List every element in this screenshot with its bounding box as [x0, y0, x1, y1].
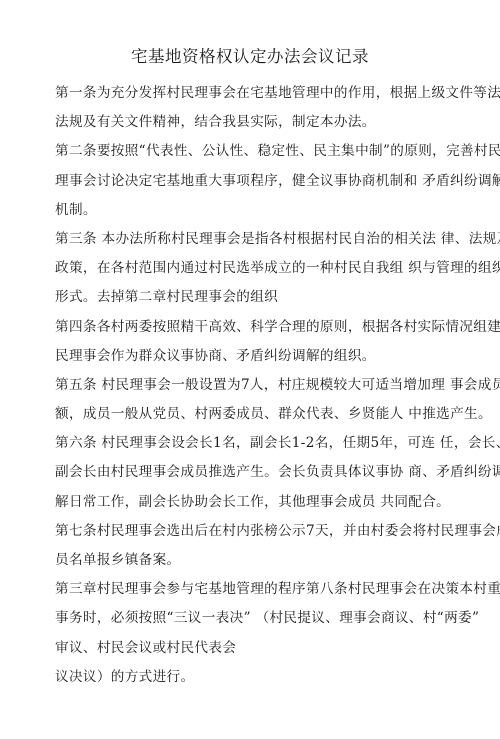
text-line: 第五条 村民理事会一般设置为7人，村庄规模较大可适当增加理 事会成员名 [55, 371, 450, 400]
document-title: 宅基地资格权认定办法会议记录 [0, 47, 500, 67]
text-line: 第六条 村民理事会设会长1名，副会长1-2名，任期5年，可连 任，会长、 [55, 429, 450, 458]
text-line: 法规及有关文件精神，结合我县实际，制定本办法。 [55, 108, 450, 137]
text-line: 额，成员一般从党员、村两委成员、群众代表、乡贤能人 中推选产生。 [55, 400, 450, 429]
text-line: 政策，在各村范围内通过村民选举成立的一种村民自我组 织与管理的组织 [55, 254, 450, 283]
text-line: 解日常工作，副会长协助会长工作，其他理事会成员 共同配合。 [55, 488, 450, 517]
text-line: 议决议）的方式进行。 [55, 663, 450, 692]
text-line: 第一条为充分发挥村民理事会在宅基地管理中的作用，根据上级文件等法律 [55, 79, 450, 108]
text-line: 机制。 [55, 196, 450, 225]
text-line: 第二条要按照“代表性、公认性、稳定性、民主集中制”的原则，完善村民 [55, 137, 450, 166]
document-body: 第一条为充分发挥村民理事会在宅基地管理中的作用，根据上级文件等法律 法规及有关文… [55, 79, 450, 692]
text-line: 员名单报乡镇备案。 [55, 546, 450, 575]
text-line: 第三条 本办法所称村民理事会是指各村根据村民自治的相关法 律、法规及 [55, 225, 450, 254]
text-line: 事务时，必须按照“三议一表决” （村民提议、理事会商议、村“两委” [55, 604, 450, 633]
text-line: 审议、村民会议或村民代表会 [55, 634, 450, 663]
text-line: 理事会讨论决定宅基地重大事项程序，健全议事协商机制和 矛盾纠纷调解 [55, 167, 450, 196]
text-line: 副会长由村民理事会成员推选产生。会长负责具体议事协 商、矛盾纠纷调 [55, 458, 450, 487]
text-line: 第四条各村两委按照精干高效、科学合理的原则，根据各村实际情况组建村 [55, 313, 450, 342]
text-line: 第三章村民理事会参与宅基地管理的程序第八条村民理事会在决策本村重大 [55, 575, 450, 604]
text-line: 第七条村民理事会选出后在村内张榜公示7天，并由村委会将村民理事会成 [55, 517, 450, 546]
text-line: 形式。去掉第二章村民理事会的组织 [55, 283, 450, 312]
text-line: 民理事会作为群众议事协商、矛盾纠纷调解的组织。 [55, 342, 450, 371]
document-page: 宅基地资格权认定办法会议记录 第一条为充分发挥村民理事会在宅基地管理中的作用，根… [0, 0, 500, 739]
